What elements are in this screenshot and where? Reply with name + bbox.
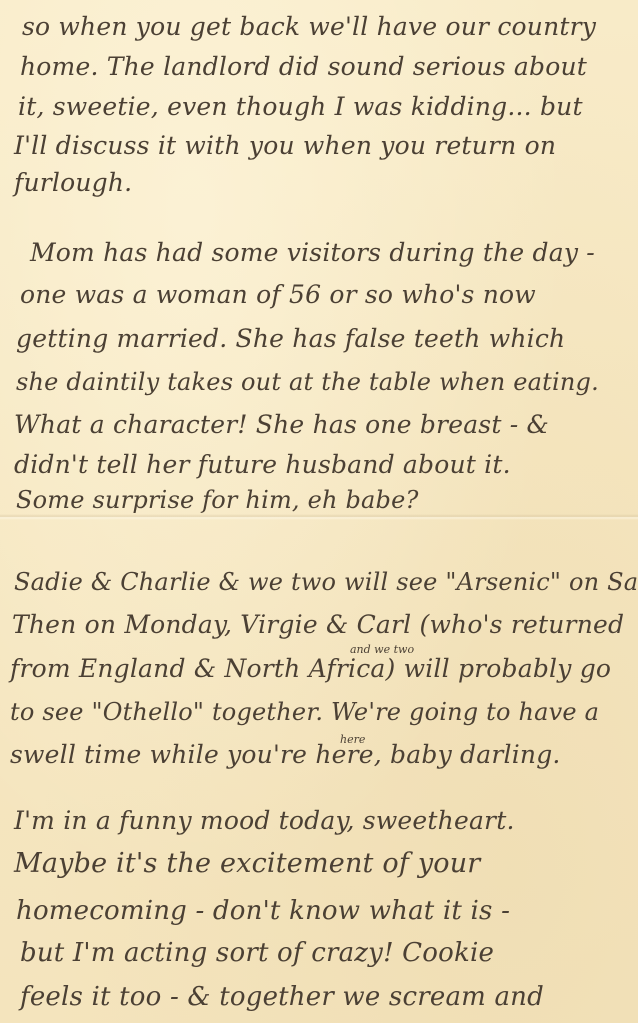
letter-line: getting married. She has false teeth whi… bbox=[16, 326, 565, 351]
letter-line: she daintily takes out at the table when… bbox=[16, 370, 599, 394]
letter-line: it, sweetie, even though I was kidding..… bbox=[18, 94, 583, 119]
letter-line: home. The landlord did sound serious abo… bbox=[20, 54, 587, 79]
letter-line: Sadie & Charlie & we two will see "Arsen… bbox=[14, 570, 638, 594]
letter-line: furlough. bbox=[14, 170, 132, 195]
letter-line: so when you get back we'll have our coun… bbox=[22, 14, 596, 39]
letter-line: one was a woman of 56 or so who's now bbox=[20, 282, 536, 307]
paper-fold-line bbox=[0, 514, 638, 520]
letter-line: Some surprise for him, eh babe? bbox=[16, 488, 419, 512]
letter-line: feels it too - & together we scream and bbox=[20, 984, 544, 1010]
letter-line: didn't tell her future husband about it. bbox=[14, 452, 511, 477]
letter-line: homecoming - don't know what it is - bbox=[16, 898, 510, 924]
letter-line: I'm in a funny mood today, sweetheart. bbox=[14, 808, 515, 833]
letter-line: but I'm acting sort of crazy! Cookie bbox=[20, 940, 494, 966]
letter-line: What a character! She has one breast - & bbox=[14, 412, 549, 437]
letter-line: I'll discuss it with you when you return… bbox=[14, 133, 556, 158]
letter-line: from England & North Africa) will probab… bbox=[10, 656, 611, 681]
letter-page: so when you get back we'll have our coun… bbox=[0, 0, 638, 1023]
letter-line: Then on Monday, Virgie & Carl (who's ret… bbox=[12, 612, 624, 637]
letter-line: swell time while you're here, baby darli… bbox=[10, 742, 561, 767]
letter-line: Mom has had some visitors during the day… bbox=[30, 240, 595, 265]
letter-line: Maybe it's the excitement of your bbox=[14, 850, 480, 877]
letter-line: to see "Othello" together. We're going t… bbox=[10, 700, 599, 724]
